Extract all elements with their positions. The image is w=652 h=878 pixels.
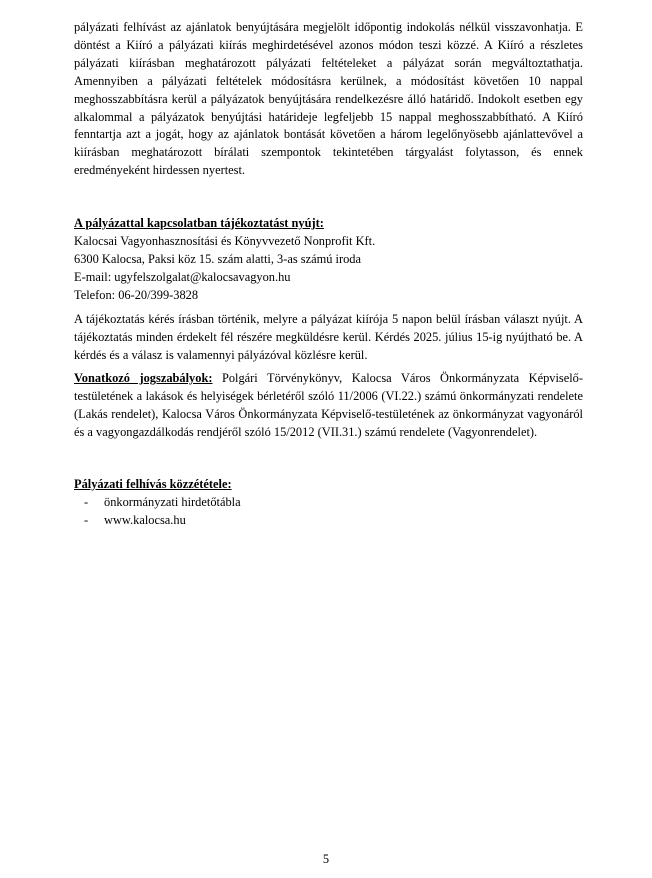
list-item: - önkormányzati hirdetőtábla (74, 494, 583, 512)
contact-section: A pályázattal kapcsolatban tájékoztatást… (74, 215, 583, 305)
contact-organization: Kalocsai Vagyonhasznosítási és Könyvveze… (74, 233, 583, 251)
publication-list: - önkormányzati hirdetőtábla - www.kaloc… (74, 494, 583, 530)
legal-paragraph: Vonatkozó jogszabályok: Polgári Törvényk… (74, 370, 583, 442)
legal-heading: Vonatkozó jogszabályok: (74, 371, 212, 385)
page-number: 5 (0, 852, 652, 867)
dash-bullet: - (74, 512, 104, 530)
intro-paragraph: pályázati felhívást az ajánlatok benyújt… (74, 19, 583, 180)
publication-heading: Pályázati felhívás közzététele: (74, 476, 583, 494)
contact-email: E-mail: ugyfelszolgalat@kalocsavagyon.hu (74, 269, 583, 287)
list-item-text: www.kalocsa.hu (104, 512, 186, 530)
list-item: - www.kalocsa.hu (74, 512, 583, 530)
contact-phone: Telefon: 06-20/399-3828 (74, 287, 583, 305)
contact-heading: A pályázattal kapcsolatban tájékoztatást… (74, 215, 583, 233)
document-page: pályázati felhívást az ajánlatok benyújt… (74, 19, 583, 530)
info-paragraph: A tájékoztatás kérés írásban történik, m… (74, 311, 583, 365)
dash-bullet: - (74, 494, 104, 512)
list-item-text: önkormányzati hirdetőtábla (104, 494, 241, 512)
contact-address: 6300 Kalocsa, Paksi köz 15. szám alatti,… (74, 251, 583, 269)
publication-section: Pályázati felhívás közzététele: - önkorm… (74, 476, 583, 530)
